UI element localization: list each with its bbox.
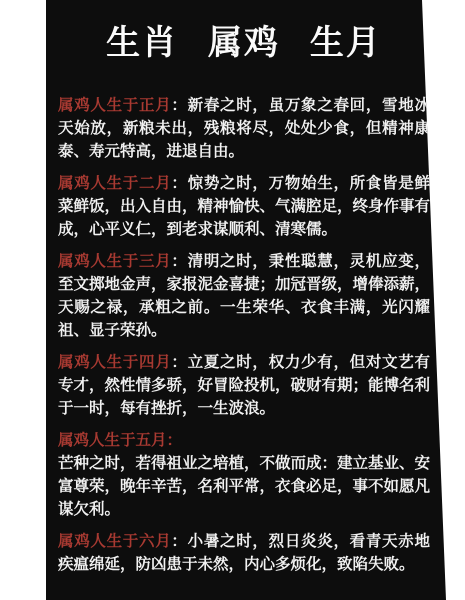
poster-title: 生肖 属鸡 生月 — [58, 18, 430, 68]
month-label: 属鸡人生于四月 — [58, 353, 171, 371]
month-section: 属鸡人生于正月：新春之时，虽万象之春回，雪地冰天始放，新粮未出，残粮将尽，处处少… — [58, 94, 430, 163]
month-section: 属鸡人生于三月：清明之时，秉性聪慧，灵机应变，至文掷地金声，家报泥金喜捷；加冠晋… — [58, 250, 430, 342]
month-sections-list: 属鸡人生于正月：新春之时，虽万象之春回，雪地冰天始放，新粮未出，残粮将尽，处处少… — [58, 94, 430, 576]
month-label-colon: ： — [171, 96, 187, 114]
month-label: 属鸡人生于六月 — [58, 532, 171, 550]
month-label: 属鸡人生于三月 — [58, 252, 171, 270]
month-label: 属鸡人生于二月 — [58, 174, 171, 192]
month-label: 属鸡人生于五月 — [58, 431, 167, 449]
month-section: 属鸡人生于六月：小暑之时，烈日炎炎，看青天赤地疾瘟绵延，防凶患于未然，内心多烦化… — [58, 530, 430, 576]
month-label: 属鸡人生于正月 — [58, 96, 171, 114]
page-background: 生肖 属鸡 生月 属鸡人生于正月：新春之时，虽万象之春回，雪地冰天始放，新粮未出… — [0, 0, 465, 600]
month-fortune-text: 芒种之时，若得祖业之培植，不做而成：建立基业、安富尊荣，晚年辛苦，名利平常，衣食… — [58, 452, 430, 521]
month-label-colon: ： — [167, 431, 183, 449]
month-label-colon: ： — [171, 532, 187, 550]
month-section: 属鸡人生于四月：立夏之时，权力少有，但对文艺有专才，然性情多骄，好冒险投机，破财… — [58, 351, 430, 420]
month-section: 属鸡人生于五月：芒种之时，若得祖业之培植，不做而成：建立基业、安富尊荣，晚年辛苦… — [58, 429, 430, 521]
month-label-colon: ： — [171, 353, 187, 371]
month-label-colon: ： — [171, 174, 187, 192]
month-label-colon: ： — [171, 252, 187, 270]
month-section: 属鸡人生于二月：惊势之时，万物始生，所食皆是鲜菜鲜饭，出入自由，精神愉快、气满腔… — [58, 172, 430, 241]
zodiac-poster-panel: 生肖 属鸡 生月 属鸡人生于正月：新春之时，虽万象之春回，雪地冰天始放，新粮未出… — [46, 0, 446, 600]
